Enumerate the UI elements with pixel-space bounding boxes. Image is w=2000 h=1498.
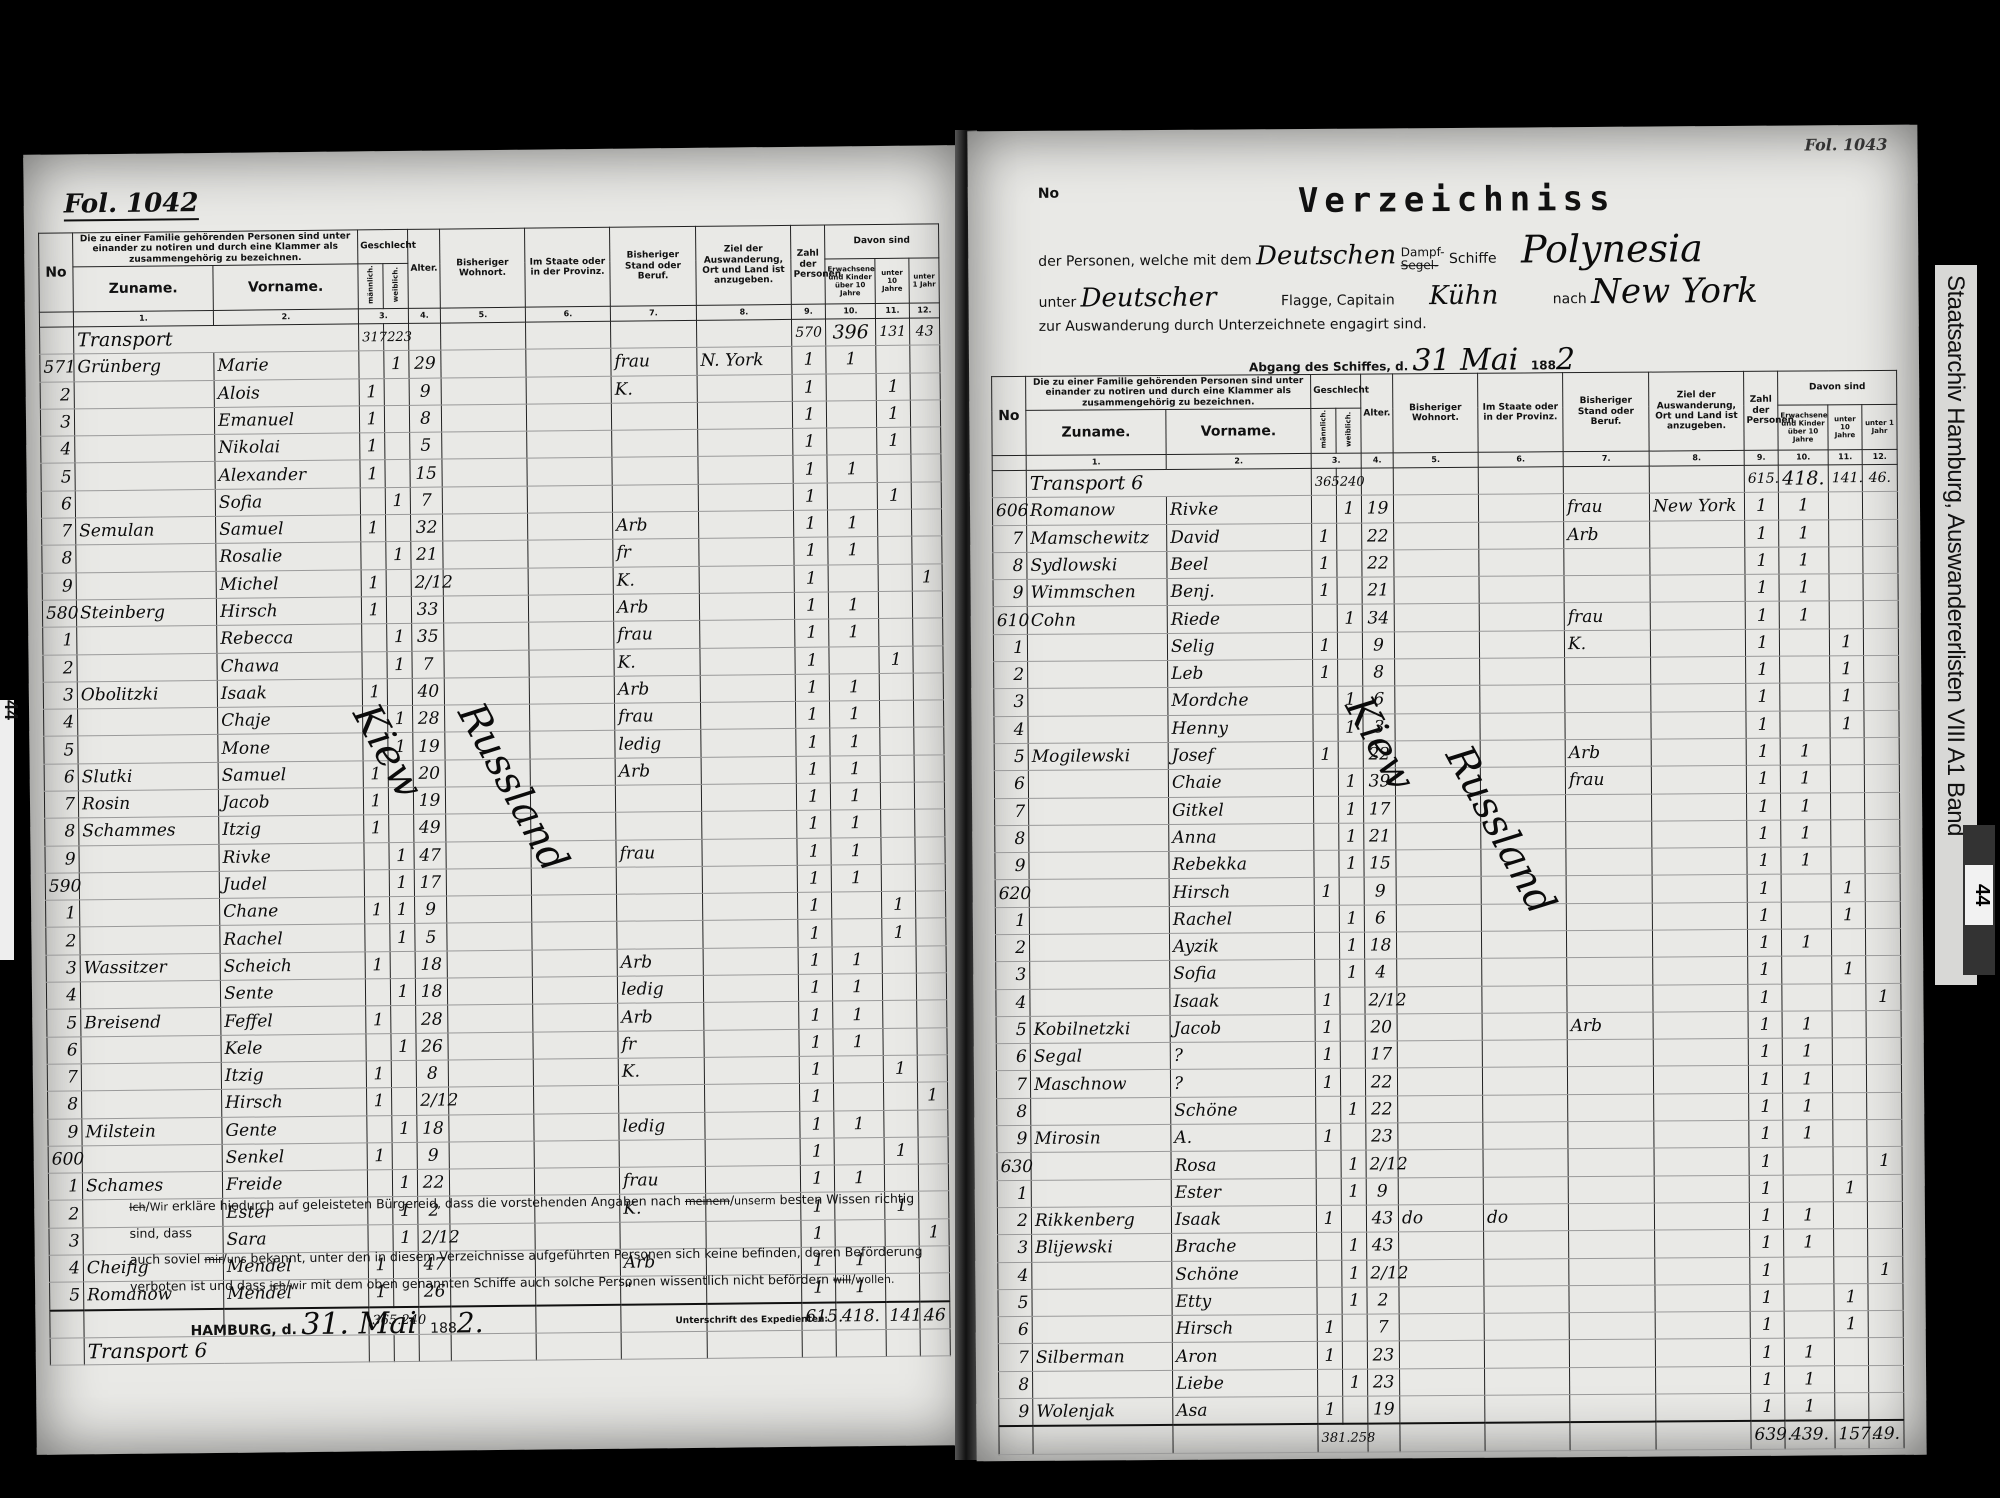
cell-erw: 1 <box>1782 1011 1832 1039</box>
cell-ziel <box>700 647 795 675</box>
cell-vorname: A. <box>1171 1124 1316 1152</box>
cell-vorname: Rosa <box>1171 1151 1316 1179</box>
cell-m: 1 <box>1315 987 1340 1014</box>
cell-stand: Arb <box>1567 1012 1653 1040</box>
cell-wohnort <box>441 377 526 405</box>
cell-vorname: Riede <box>1167 605 1312 633</box>
cell-age: 18 <box>415 978 447 1006</box>
cell-u10 <box>1831 847 1865 875</box>
cell-u10 <box>1829 546 1863 574</box>
cell-age: 2/12 <box>417 1087 449 1115</box>
cell-m <box>1312 605 1337 632</box>
cell-age: 19 <box>413 732 445 760</box>
cell-zahl: 1 <box>792 374 826 402</box>
cell-stand <box>617 921 703 949</box>
cell-erw <box>1784 1311 1834 1339</box>
cell-no: 3 <box>49 1228 83 1256</box>
cell-stand: ledig <box>619 1112 705 1140</box>
cell-age: 32 <box>411 514 443 542</box>
cell-no: 7 <box>993 525 1027 553</box>
cell-u1 <box>914 700 944 728</box>
cell-ziel <box>704 1029 799 1057</box>
cell-erw: 1 <box>1779 519 1829 547</box>
cell-vorname: Senkel <box>222 1143 367 1172</box>
cell-staat <box>529 649 614 677</box>
cell-w: 1 <box>1339 932 1364 959</box>
cell-w: 1 <box>386 542 411 570</box>
cell-zahl: 1 <box>800 1111 834 1139</box>
cell-wohnort <box>1396 822 1481 850</box>
cell-m: 1 <box>366 1061 391 1089</box>
col-male-header: männlich. <box>358 264 383 309</box>
cell-erw <box>1780 683 1830 711</box>
cell-no: 2 <box>40 381 74 409</box>
cell-zahl: 1 <box>1746 711 1780 739</box>
cell-w <box>1340 987 1365 1014</box>
cell-vorname: Ayzik <box>1169 932 1314 960</box>
cell-u10: 1 <box>1829 628 1863 656</box>
cell-vorname: Chawa <box>217 651 362 680</box>
cell-m: 1 <box>359 406 384 434</box>
cell-no: 6 <box>994 771 1028 799</box>
cell-ziel <box>704 1056 799 1084</box>
cell-vorname: Sente <box>220 979 365 1008</box>
cell-vorname: David <box>1167 523 1312 551</box>
cell-vorname: Michel <box>216 570 361 599</box>
cell-staat <box>533 1058 618 1086</box>
cell-age: 2/12 <box>1367 1259 1399 1287</box>
cell-zuname: Wolenjak <box>1033 1397 1173 1426</box>
cell-vorname: Anna <box>1169 823 1314 851</box>
cell-zahl: 1 <box>794 537 828 565</box>
cell-age: 7 <box>1367 1314 1399 1342</box>
cell-zahl: 1 <box>1747 847 1781 875</box>
cell-erw: 1 <box>1780 738 1830 766</box>
cell-wohnort <box>1394 631 1479 659</box>
cell-ziel <box>1654 1120 1749 1148</box>
cell-erw <box>1783 1174 1833 1202</box>
cell-zahl: 1 <box>1751 1393 1785 1421</box>
cell-no: 7 <box>47 1064 81 1092</box>
cell-u1 <box>914 755 944 783</box>
cell-age: 2/12 <box>411 569 443 597</box>
cell-zuname <box>79 844 219 873</box>
cell-staat <box>529 676 614 704</box>
cell-zahl: 1 <box>1749 1120 1783 1148</box>
cell-age: 9 <box>415 896 447 924</box>
cell-staat <box>528 567 613 595</box>
cell-stand <box>616 866 702 894</box>
cell-u1 <box>1869 1365 1904 1393</box>
cell-no: 1 <box>995 907 1029 935</box>
cell-zahl: 1 <box>1745 520 1779 548</box>
cell-m <box>364 842 389 870</box>
cell-m <box>1313 768 1338 795</box>
cell-vorname: Alois <box>214 378 359 407</box>
cell-w: 1 <box>392 1115 417 1143</box>
cell-u10 <box>1829 574 1863 602</box>
cell-u10 <box>879 618 913 646</box>
cell-stand: K. <box>1564 630 1650 658</box>
cell-m <box>1316 1096 1341 1123</box>
cell-u1 <box>916 891 946 919</box>
cell-zuname <box>80 980 220 1009</box>
cell-w <box>390 951 415 979</box>
cell-vorname: Nikolai <box>215 433 360 462</box>
cell-zahl: 1 <box>1745 547 1779 575</box>
cell-zuname <box>1032 1288 1172 1316</box>
cell-no: 5 <box>41 463 75 491</box>
cell-zahl: 1 <box>795 647 829 675</box>
cell-staat <box>530 731 615 759</box>
cell-m: 1 <box>1315 1069 1340 1096</box>
cell-ziel <box>1653 984 1748 1012</box>
cell-zahl: 1 <box>796 701 830 729</box>
cell-u1 <box>1868 1310 1903 1338</box>
cell-w <box>392 1088 417 1116</box>
cell-zuname <box>80 926 220 955</box>
cell-erw: 1 <box>831 837 881 865</box>
cell-zuname <box>1031 1179 1171 1207</box>
cell-zuname <box>1028 660 1168 688</box>
cell-no: 2 <box>46 927 80 955</box>
cell-vorname: Rebecca <box>217 624 362 653</box>
cell-wohnort <box>1394 604 1479 632</box>
cell-vorname: Mordche <box>1168 687 1313 715</box>
cell-vorname: Ester <box>1171 1178 1316 1206</box>
cell-u1 <box>915 809 945 837</box>
cell-stand <box>1567 957 1653 985</box>
cell-w: 1 <box>389 869 414 897</box>
cell-no: 3 <box>40 409 74 437</box>
cell-wohnort <box>1398 1122 1483 1150</box>
cell-vorname: Mone <box>218 733 363 762</box>
cell-no: 8 <box>42 545 76 573</box>
cell-zahl: 1 <box>798 974 832 1002</box>
cell-ziel <box>705 1111 800 1139</box>
cell-erw <box>1782 983 1832 1011</box>
cell-zuname <box>1031 1152 1171 1180</box>
cell-age: 23 <box>1366 1123 1398 1151</box>
adjacent-volume-tab: 44 <box>0 700 14 960</box>
cell-stand: ledig <box>615 730 701 758</box>
cell-u1 <box>1869 1392 1904 1420</box>
declaration-text: Ich/Wir erkläre hiedurch auf geleisteten… <box>129 1186 930 1301</box>
cell-age: 5 <box>415 924 447 952</box>
total-u1: 46 <box>920 1301 950 1329</box>
signature-label: Unterschrift des Expedienten: <box>675 1315 828 1327</box>
cell-zahl: 1 <box>799 1056 833 1084</box>
cell-zuname <box>1028 688 1168 716</box>
cell-age: 23 <box>1368 1369 1400 1397</box>
cell-no: 1 <box>997 1180 1031 1208</box>
cell-staat <box>1479 576 1564 604</box>
cell-u1 <box>918 1109 948 1137</box>
cell-u1 <box>913 618 943 646</box>
cell-vorname: Gente <box>222 1115 367 1144</box>
cell-w <box>1343 1396 1368 1424</box>
cell-no: 1 <box>993 634 1027 662</box>
cell-u10 <box>884 1110 918 1138</box>
cell-ziel <box>705 1138 800 1166</box>
cell-m: 1 <box>361 515 386 543</box>
cell-age: 6 <box>1364 905 1396 933</box>
cell-u1 <box>914 727 944 755</box>
cell-staat <box>1484 1313 1569 1341</box>
cell-age: 9 <box>1366 1178 1398 1206</box>
cell-zahl: 1 <box>798 947 832 975</box>
cell-wohnort <box>1396 904 1481 932</box>
cell-vorname: Leb <box>1168 659 1313 687</box>
cell-vorname: Kele <box>221 1034 366 1063</box>
cell-m <box>1314 796 1339 823</box>
cell-ziel <box>1653 1011 1748 1039</box>
cell-ziel <box>703 974 798 1002</box>
cell-age: 17 <box>1365 1041 1397 1069</box>
cell-erw: 1 <box>1781 792 1831 820</box>
cell-u10 <box>878 536 912 564</box>
cell-zuname <box>1029 824 1169 852</box>
cell-w <box>1340 1041 1365 1068</box>
cell-age: 22 <box>1362 522 1394 550</box>
cell-vorname: Gitkel <box>1169 796 1314 824</box>
cell-ziel <box>1650 575 1745 603</box>
cell-u10 <box>882 946 916 974</box>
cell-erw: 1 <box>830 701 880 729</box>
cell-m: 1 <box>1318 1396 1343 1424</box>
cell-ziel <box>1651 766 1746 794</box>
col-under1-header: unter 1 Jahr <box>909 258 940 303</box>
cell-wohnort <box>1397 1040 1482 1068</box>
cell-u1 <box>910 372 940 400</box>
cell-stand: K. <box>613 566 699 594</box>
cell-no: 610 <box>993 607 1027 635</box>
cell-vorname: Rachel <box>1169 905 1314 933</box>
cell-no: 6 <box>47 1037 81 1065</box>
cell-no: 4 <box>49 1255 83 1283</box>
cell-zahl: 1 <box>1750 1339 1784 1367</box>
cell-u1 <box>1867 1174 1902 1202</box>
cell-vorname: Isaak <box>1170 987 1315 1015</box>
cell-zahl: 1 <box>1748 1066 1782 1094</box>
cell-stand: Arb <box>1565 739 1651 767</box>
cell-age: 18 <box>415 951 447 979</box>
cell-u1 <box>912 591 942 619</box>
cell-u10: 1 <box>879 646 913 674</box>
cell-no: 5 <box>47 1009 81 1037</box>
cell-m: 1 <box>1313 659 1338 686</box>
cell-u10 <box>1834 1338 1868 1366</box>
cell-zuname: Rikkenberg <box>1031 1206 1171 1234</box>
cell-stand <box>612 430 698 458</box>
cell-wohnort <box>446 868 531 896</box>
cell-erw <box>1783 1147 1833 1175</box>
cell-staat <box>534 1086 619 1114</box>
cell-u1 <box>913 673 943 701</box>
cell-zuname: Romanow <box>1026 497 1166 525</box>
cell-zuname <box>1029 906 1169 934</box>
cell-zahl: 1 <box>1746 765 1780 793</box>
cell-zuname <box>1030 988 1170 1016</box>
cell-staat <box>528 540 613 568</box>
cell-ziel <box>1651 738 1746 766</box>
cell-no: 8 <box>999 1371 1033 1399</box>
cell-vorname: Rivke <box>1166 496 1311 524</box>
cell-vorname: Schöne <box>1171 1096 1316 1124</box>
cell-staat <box>1480 740 1565 768</box>
cell-zahl: 1 <box>1748 1011 1782 1039</box>
cell-staat <box>526 376 611 404</box>
cell-stand: K. <box>611 375 697 403</box>
cell-w <box>1339 877 1364 904</box>
cell-wohnort: do <box>1398 1204 1483 1232</box>
cell-wohnort <box>1399 1341 1484 1369</box>
cell-no: 9 <box>999 1398 1033 1426</box>
ship-name: Polynesia <box>1521 226 1703 271</box>
right-passenger-table: No Die zu einer Familie gehörenden Perso… <box>991 370 1905 1455</box>
cell-stand: frau <box>614 621 700 649</box>
cell-w: 1 <box>1342 1232 1367 1259</box>
cell-no: 9 <box>48 1118 82 1146</box>
cell-stand <box>1566 903 1652 931</box>
cell-w <box>1338 659 1363 686</box>
cell-no: 8 <box>997 1098 1031 1126</box>
cell-stand <box>1570 1394 1656 1422</box>
cell-staat <box>526 349 611 377</box>
cell-zuname <box>82 1090 222 1119</box>
cell-no: 590 <box>45 873 79 901</box>
cell-vorname: Aron <box>1172 1342 1317 1370</box>
cell-no: 9 <box>993 580 1027 608</box>
cell-u10 <box>1832 1065 1866 1093</box>
cell-m: 1 <box>365 951 390 979</box>
cell-zuname <box>1028 770 1168 798</box>
cell-stand <box>1569 1258 1655 1286</box>
cell-u10 <box>880 755 914 783</box>
cell-u1 <box>1864 655 1899 683</box>
cell-m <box>362 624 387 652</box>
cell-wohnort <box>1398 1095 1483 1123</box>
cell-staat <box>1479 630 1564 658</box>
cell-w: 1 <box>389 842 414 870</box>
cell-w <box>1341 1205 1366 1232</box>
cell-no: 9 <box>45 845 79 873</box>
cell-m: 1 <box>361 597 386 625</box>
cell-u10 <box>883 1028 917 1056</box>
cell-stand: frau <box>1564 603 1650 631</box>
cell-wohnort <box>1394 576 1479 604</box>
cell-erw: 1 <box>1785 1393 1835 1421</box>
cell-no: 2 <box>997 1207 1031 1235</box>
cell-erw: 1 <box>827 455 877 483</box>
cell-no: 4 <box>46 982 80 1010</box>
cell-u1 <box>916 946 946 974</box>
cell-zuname: Sydlowski <box>1027 551 1167 579</box>
cell-w <box>391 1060 416 1088</box>
page-total-row: 381.258639.439.157.49. <box>999 1420 1904 1454</box>
cell-m: 1 <box>1316 1123 1341 1150</box>
cell-u1: 1 <box>1867 1147 1902 1175</box>
cell-age: 2 <box>1367 1287 1399 1315</box>
cell-erw <box>832 892 882 920</box>
left-folio-number: Fol. 1042 <box>64 188 199 221</box>
cell-u1 <box>1866 1065 1901 1093</box>
cell-zuname <box>1030 961 1170 989</box>
ship-line: der Personen, welche mit dem Deutschen D… <box>1038 226 1703 275</box>
cell-ziel <box>703 920 798 948</box>
cell-w <box>391 1006 416 1034</box>
cell-staat <box>534 1113 619 1141</box>
cell-no: 9 <box>42 573 76 601</box>
cell-u1 <box>1865 874 1900 902</box>
cell-wohnort <box>1395 713 1480 741</box>
cell-w <box>392 1142 417 1170</box>
col-zuname-header: Zuname. <box>73 265 213 311</box>
cell-zahl: 1 <box>800 1138 834 1166</box>
cell-zahl: 1 <box>800 1083 834 1111</box>
cell-zuname: Milstein <box>82 1117 222 1146</box>
cell-zahl: 1 <box>1744 492 1778 520</box>
cell-staat <box>1482 1040 1567 1068</box>
cell-erw <box>832 919 882 947</box>
cell-age: 15 <box>410 460 442 488</box>
cell-zuname <box>75 435 215 464</box>
cell-m: 1 <box>361 569 386 597</box>
cell-u10 <box>1835 1365 1869 1393</box>
cell-u10: 1 <box>1831 901 1865 929</box>
cell-w: 1 <box>1339 823 1364 850</box>
cell-age: 19 <box>1368 1396 1400 1424</box>
cell-no: 1 <box>46 900 80 928</box>
cell-stand <box>619 1085 705 1113</box>
cell-staat: do <box>1483 1204 1568 1232</box>
cell-zahl: 1 <box>1750 1229 1784 1257</box>
col-under10-header: unter 10 Jahre <box>875 258 909 303</box>
cell-w: 1 <box>1341 1150 1366 1177</box>
cell-m: 1 <box>367 1088 392 1116</box>
cell-stand <box>1564 575 1650 603</box>
cell-wohnort <box>443 513 528 541</box>
cell-zuname <box>81 1062 221 1091</box>
cell-erw: 1 <box>830 782 880 810</box>
cell-ziel <box>1650 520 1745 548</box>
cell-u10: 1 <box>1830 683 1864 711</box>
cell-no: 4 <box>996 989 1030 1017</box>
cell-zahl: 1 <box>1749 1202 1783 1230</box>
cell-stand <box>1566 930 1652 958</box>
cell-no: 3 <box>994 689 1028 717</box>
col-no-header: No <box>39 233 74 312</box>
cell-u1 <box>1865 928 1900 956</box>
cell-w <box>386 596 411 624</box>
cell-ziel <box>700 674 795 702</box>
cell-zuname: Mogilewski <box>1028 742 1168 770</box>
cell-age: 43 <box>1367 1232 1399 1260</box>
cell-stand: Arb <box>615 757 701 785</box>
cell-zuname: Rosin <box>78 789 218 818</box>
cell-u10 <box>1830 765 1864 793</box>
cell-zuname <box>1027 633 1167 661</box>
cell-zuname <box>77 653 217 682</box>
cell-age: 17 <box>414 869 446 897</box>
cell-zuname: Maschnow <box>1030 1070 1170 1098</box>
cell-m <box>364 870 389 898</box>
cell-u10 <box>1831 929 1865 957</box>
cell-m <box>1318 1369 1343 1396</box>
cell-stand <box>619 1139 705 1167</box>
cell-zuname: Silberman <box>1032 1343 1172 1371</box>
cell-vorname: Emanuel <box>214 406 359 435</box>
